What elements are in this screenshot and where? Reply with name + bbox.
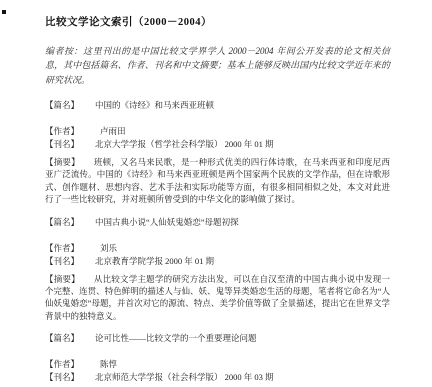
entry-title-row: 【篇名】 中国古典小说“人仙妖鬼婚恋”母题初探 — [45, 216, 390, 229]
entry-abstract-row: 【摘要】班顿，又名马来民歌，是一种形式优美的四行体诗歌，在马来西亚和印度尼西亚广… — [45, 156, 390, 206]
page-title: 比较文学论文索引（2000－2004） — [45, 16, 390, 29]
entry-abstract: 从比较文学主题学的研究方法出发，可以在自汉至清的中国古典小说中发现一个完整、连贯… — [45, 274, 390, 321]
entry-title: 中国古典小说“人仙妖鬼婚恋”母题初探 — [95, 216, 390, 229]
scan-artifact — [2, 10, 6, 14]
journal-field-label: 【刊名】 — [45, 138, 79, 151]
title-field-label: 【篇名】 — [45, 99, 79, 112]
entry-title: 中国的《诗经》和马来西亚班顿 — [95, 99, 390, 112]
entry-journal: 北京教育学院学报 2000 年 01 期 — [95, 255, 390, 268]
entry-author-row: 【作者】 卢雨田 — [45, 125, 390, 138]
index-entry: 【篇名】 论可比性——比较文学的一个重要理论问题 【作者】 陈惇 【刊名】 北京… — [45, 332, 390, 384]
entry-author: 陈惇 — [100, 358, 390, 371]
entry-journal-row: 【刊名】 北京教育学院学报 2000 年 01 期 — [45, 255, 390, 268]
author-field-label: 【作者】 — [45, 358, 79, 371]
entry-journal-row: 【刊名】 北京大学学报（哲学社会科学版） 2000 年 01 期 — [45, 138, 390, 151]
author-field-label: 【作者】 — [45, 242, 79, 255]
entry-title-row: 【篇名】 中国的《诗经》和马来西亚班顿 — [45, 99, 390, 112]
entry-author-row: 【作者】 刘乐 — [45, 242, 390, 255]
author-field-label: 【作者】 — [45, 125, 79, 138]
title-field-label: 【篇名】 — [45, 332, 79, 345]
index-entry: 【篇名】 中国的《诗经》和马来西亚班顿 【作者】 卢雨田 【刊名】 北京大学学报… — [45, 99, 390, 206]
abstract-field-label: 【摘要】 — [45, 157, 80, 167]
entry-author: 刘乐 — [100, 242, 390, 255]
abstract-field-label: 【摘要】 — [45, 274, 80, 284]
document-page: 比较文学论文索引（2000－2004） 编者按：这里刊出的是中国比较文学界学人 … — [0, 0, 432, 387]
index-entry: 【篇名】 中国古典小说“人仙妖鬼婚恋”母题初探 【作者】 刘乐 【刊名】 北京教… — [45, 216, 390, 323]
entry-journal: 北京师范大学学报（社会科学版） 2000 年 03 期 — [95, 371, 390, 384]
title-field-label: 【篇名】 — [45, 216, 79, 229]
entry-journal-row: 【刊名】 北京师范大学学报（社会科学版） 2000 年 03 期 — [45, 371, 390, 384]
entry-abstract: 班顿，又名马来民歌，是一种形式优美的四行体诗歌，在马来西亚和印度尼西亚广泛流传。… — [45, 157, 390, 204]
journal-field-label: 【刊名】 — [45, 371, 79, 384]
journal-field-label: 【刊名】 — [45, 255, 79, 268]
entry-author: 卢雨田 — [100, 125, 390, 138]
entry-abstract-row: 【摘要】从比较文学主题学的研究方法出发，可以在自汉至清的中国古典小说中发现一个完… — [45, 273, 390, 323]
editor-note: 编者按：这里刊出的是中国比较文学界学人 2000－2004 年间公开发表的论文相… — [45, 44, 390, 87]
entry-title: 论可比性——比较文学的一个重要理论问题 — [95, 332, 390, 345]
entry-author-row: 【作者】 陈惇 — [45, 358, 390, 371]
entry-journal: 北京大学学报（哲学社会科学版） 2000 年 01 期 — [95, 138, 390, 151]
page-content: 比较文学论文索引（2000－2004） 编者按：这里刊出的是中国比较文学界学人 … — [45, 16, 390, 384]
entry-title-row: 【篇名】 论可比性——比较文学的一个重要理论问题 — [45, 332, 390, 345]
